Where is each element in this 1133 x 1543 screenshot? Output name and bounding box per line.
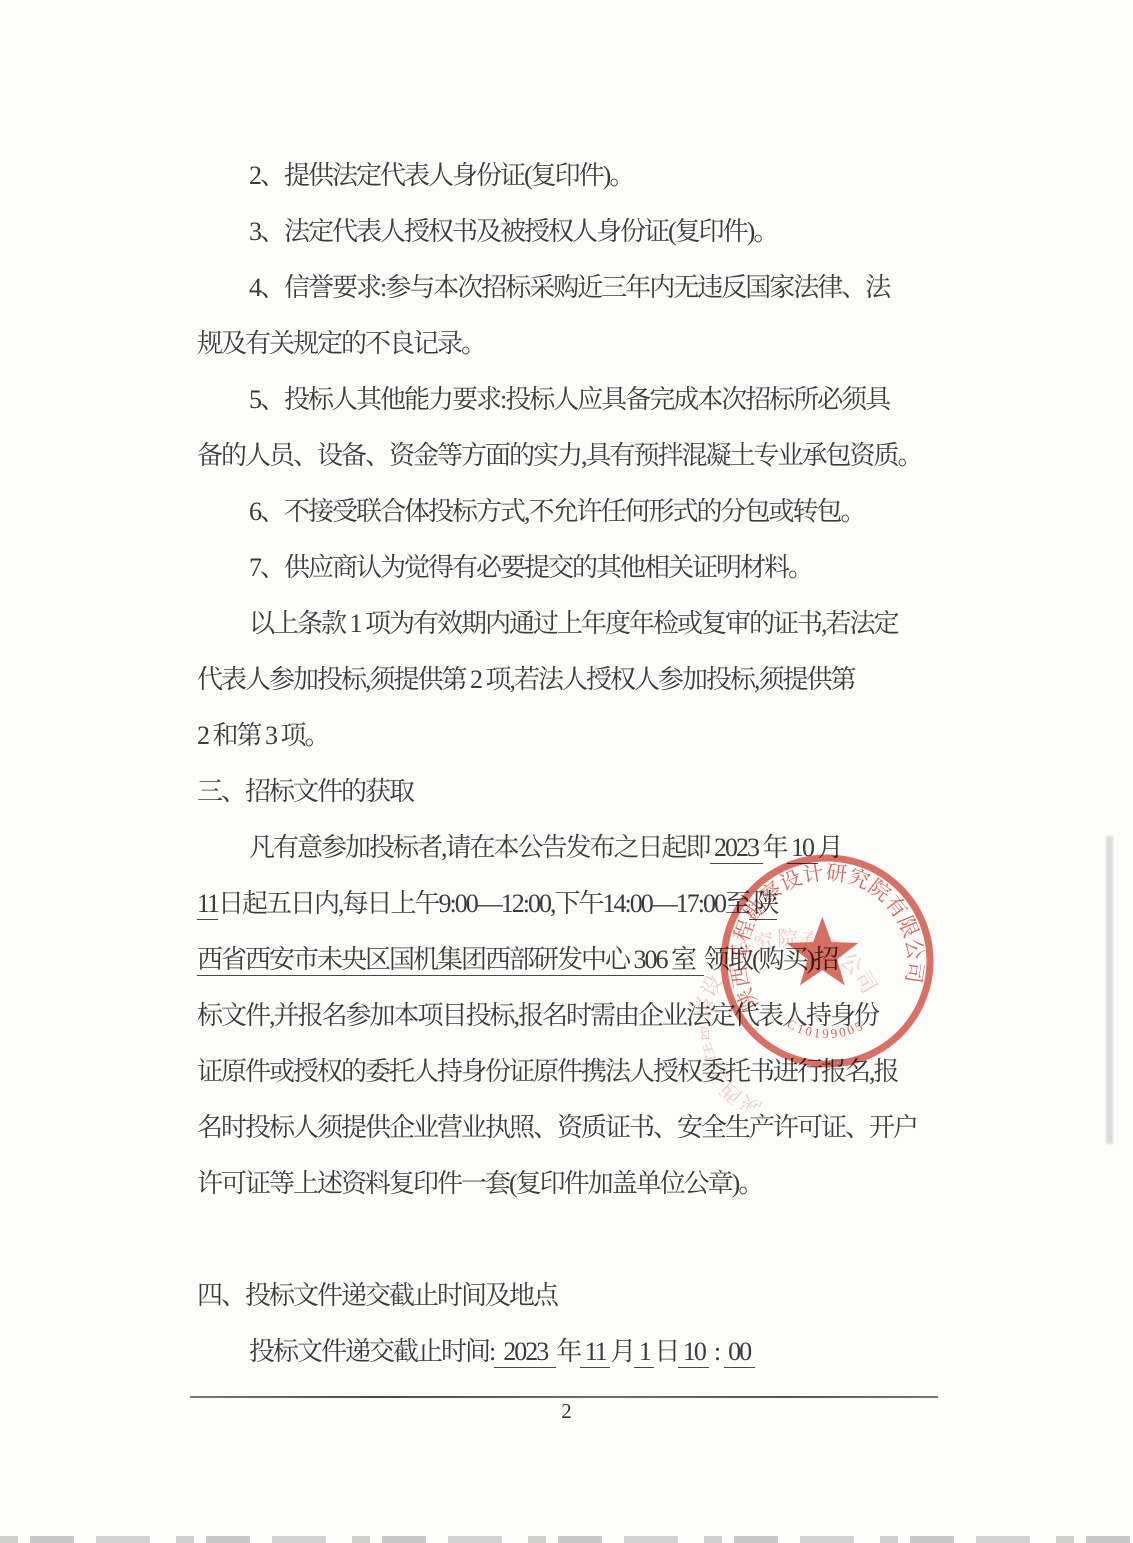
underlined-fill-in-text: 11	[580, 1337, 610, 1368]
scan-artifact-right-edge	[1106, 836, 1113, 1144]
section-heading: 三、招标文件的获取	[197, 764, 943, 820]
document-line: 6、不接受联合体投标方式,不允许任何形式的分包或转包。	[197, 484, 943, 540]
scan-artifact-bottom-edge	[0, 1536, 1133, 1543]
text-segment: 领取(购买)招	[704, 945, 837, 974]
blank-line	[197, 1212, 943, 1268]
document-line: 规及有关规定的不良记录。	[197, 316, 943, 372]
document-line: 证原件或授权的委托人持身份证原件携法人授权委托书进行报名,报	[197, 1044, 943, 1100]
text-segment: 标文件,并报名参加本项目投标,报名时需由企业法定代表人持身份	[197, 1001, 878, 1030]
document-body: 2、提供法定代表人身份证(复印件)。3、法定代表人授权书及被授权人身份证(复印件…	[197, 148, 943, 1380]
document-line: 以上条款 1 项为有效期内通过上年度年检或复审的证书,若法定	[197, 596, 943, 652]
underlined-fill-in-text: 2023	[710, 833, 763, 864]
underlined-fill-in-text: 2023	[494, 1337, 556, 1368]
text-segment: :	[709, 1337, 723, 1366]
document-line: 西省西安市未央区国机集团西部研发中心 306 室 领取(购买)招	[197, 932, 943, 988]
text-segment: 6、不接受联合体投标方式,不允许任何形式的分包或转包。	[249, 497, 865, 526]
text-segment: 四、投标文件递交截止时间及地点	[197, 1281, 557, 1310]
text-segment: 三、招标文件的获取	[197, 777, 413, 806]
text-segment: 许可证等上述资料复印件一套(复印件加盖单位公章)。	[197, 1169, 762, 1198]
document-line: 名时投标人须提供企业营业执照、资质证书、安全生产许可证、开户	[197, 1100, 943, 1156]
text-segment: 备的人员、设备、资金等方面的实力,具有预拌混凝土专业承包资质。	[197, 441, 922, 470]
text-segment: 日	[654, 1337, 678, 1366]
text-segment: 证原件或授权的委托人持身份证原件携法人授权委托书进行报名,报	[197, 1057, 898, 1086]
section-heading: 四、投标文件递交截止时间及地点	[197, 1268, 943, 1324]
document-line: 标文件,并报名参加本项目投标,报名时需由企业法定代表人持身份	[197, 988, 943, 1044]
document-line: 2 和第 3 项。	[197, 708, 943, 764]
underlined-fill-in-text: 10	[678, 1337, 709, 1368]
text-segment: 5、投标人其他能力要求:投标人应具备完成本次招标所必须具	[249, 385, 889, 414]
document-line: 2、提供法定代表人身份证(复印件)。	[197, 148, 943, 204]
document-line: 许可证等上述资料复印件一套(复印件加盖单位公章)。	[197, 1156, 943, 1212]
text-segment: 2 和第 3 项。	[197, 721, 329, 750]
text-segment: 4、信誉要求:参与本次招标采购近三年内无违反国家法律、法	[249, 273, 889, 302]
text-segment: 3、法定代表人授权书及被授权人身份证(复印件)。	[249, 217, 777, 246]
text-segment: 名时投标人须提供企业营业执照、资质证书、安全生产许可证、开户	[197, 1113, 917, 1142]
text-segment: 以上条款 1 项为有效期内通过上年度年检或复审的证书,若法定	[249, 609, 898, 638]
text-segment: 凡有意参加投标者,请在本公告发布之日起即	[249, 833, 710, 862]
text-segment: 月	[610, 1337, 634, 1366]
text-segment: 日起五日内,每日上午9:00—12:00,下午14:00—17:00至	[218, 889, 749, 918]
footer-divider-line	[190, 1396, 938, 1398]
underlined-fill-in-text: 1	[634, 1337, 654, 1368]
text-segment: 代表人参加投标,须提供第 2 项,若法人授权人参加投标,须提供第	[197, 665, 855, 694]
document-line: 凡有意参加投标者,请在本公告发布之日起即 2023 年 10 月	[197, 820, 943, 876]
scanned-tender-document-page: { "page": {"background": "#fcfcfb", "tex…	[0, 0, 1133, 1543]
text-segment: 年	[763, 833, 787, 862]
underlined-fill-in-text: 00	[724, 1337, 755, 1368]
text-segment: 投标文件递交截止时间:	[249, 1337, 494, 1366]
document-line: 5、投标人其他能力要求:投标人应具备完成本次招标所必须具	[197, 372, 943, 428]
underlined-fill-in-text: 陕	[749, 889, 778, 920]
document-line: 3、法定代表人授权书及被授权人身份证(复印件)。	[197, 204, 943, 260]
document-line: 4、信誉要求:参与本次招标采购近三年内无违反国家法律、法	[197, 260, 943, 316]
page-number: 2	[0, 1399, 1133, 1424]
document-line: 代表人参加投标,须提供第 2 项,若法人授权人参加投标,须提供第	[197, 652, 943, 708]
document-line: 7、供应商认为觉得有必要提交的其他相关证明材料。	[197, 540, 943, 596]
document-line: 备的人员、设备、资金等方面的实力,具有预拌混凝土专业承包资质。	[197, 428, 943, 484]
document-line: 投标文件递交截止时间: 2023 年 11 月 1 日 10 : 00	[197, 1324, 943, 1380]
text-segment: 2、提供法定代表人身份证(复印件)。	[249, 161, 633, 190]
document-line: 11日起五日内,每日上午9:00—12:00,下午14:00—17:00至 陕	[197, 876, 943, 932]
text-segment: 7、供应商认为觉得有必要提交的其他相关证明材料。	[249, 553, 812, 582]
underlined-fill-in-text: 西省西安市未央区国机集团西部研发中心 306 室	[197, 945, 704, 976]
underlined-fill-in-text: 11	[197, 889, 218, 920]
underlined-fill-in-text: 10	[787, 833, 818, 864]
text-segment: 规及有关规定的不良记录。	[197, 329, 485, 358]
text-segment: 年	[556, 1337, 580, 1366]
text-segment: 月	[818, 833, 842, 862]
